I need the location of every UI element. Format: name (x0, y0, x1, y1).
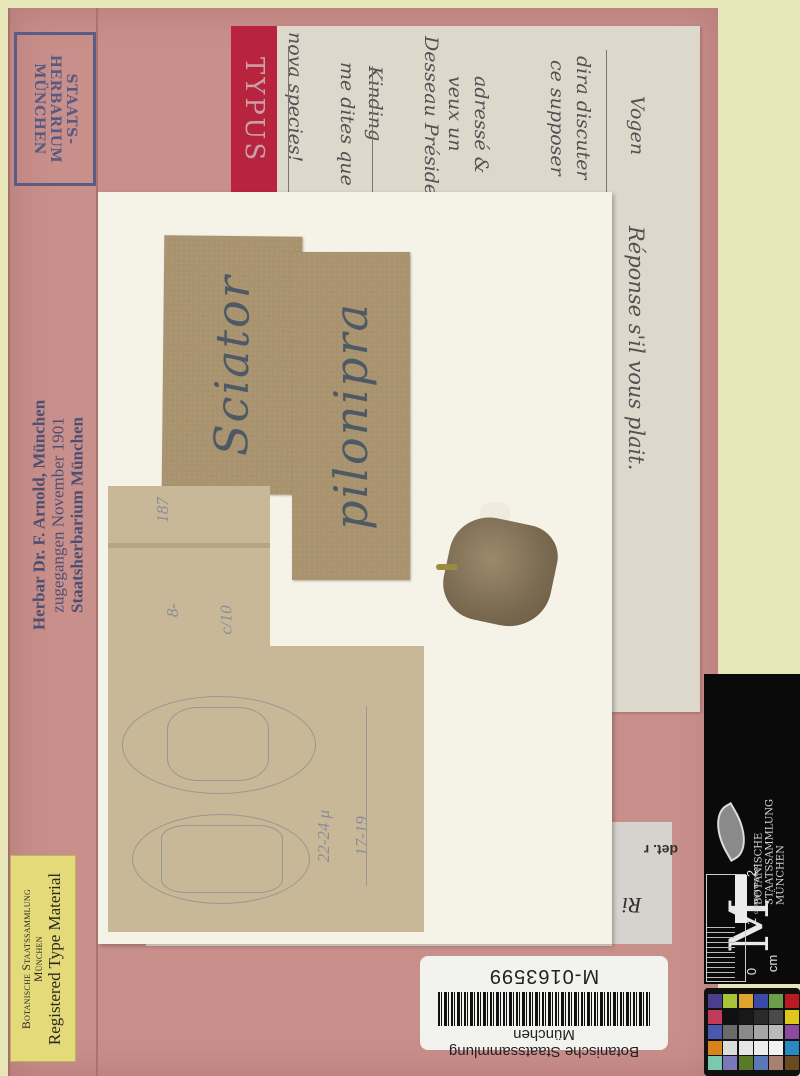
paper-fold (108, 543, 270, 548)
pencil-note-top: 187 (153, 497, 173, 523)
stamp-line-1: STAATS- (63, 55, 79, 164)
color-patch (723, 1025, 737, 1039)
ruler-mm-ticks (707, 927, 735, 981)
pencil-notes-paper-lower: 22-24 μ 17-19 (108, 646, 424, 932)
logo-line-3: MÜNCHEN (776, 799, 787, 905)
stamp-line-2: HERBARIUM (47, 55, 63, 164)
barcode-id: M-0163599 (420, 964, 668, 987)
color-patch (739, 1025, 753, 1039)
pencil-note-mid2: c/10 (217, 605, 237, 634)
logo-line-2: STAATSSAMMLUNG (765, 799, 776, 905)
cell-drawing-2 (132, 814, 310, 904)
color-patch (723, 1041, 737, 1055)
barcode-label: M-0163599 Botanische Staatssammlung Münc… (420, 956, 668, 1050)
barcode-institution: Botanische Staatssammlung München (420, 1026, 668, 1060)
registered-type-material-label: Botanische Staatssammlung München Regist… (10, 855, 76, 1062)
scale-bar-panel: M BOTANISCHE STAATSSAMMLUNG MÜNCHEN 2 1 … (704, 674, 800, 984)
cell-drawing-1 (122, 696, 316, 794)
color-patch (708, 994, 722, 1008)
herbar-provenance-label: Herbar Dr. F. Arnold, München zugegangen… (18, 370, 98, 660)
measurement-2: 17-19 (352, 816, 372, 856)
underline (606, 50, 607, 200)
type-label-line-3: Registered Type Material (45, 872, 65, 1044)
typus-label: TYPUS (231, 26, 277, 194)
det-name-fragment: Ri (622, 892, 642, 918)
type-label-line-1: Botanische Staatssammlung (21, 872, 33, 1044)
herbarium-stamp: STAATS- HERBARIUM MÜNCHEN (14, 32, 96, 186)
color-patch (785, 1010, 799, 1024)
herbar-line-3: Staatsherbarium München (68, 400, 87, 630)
color-patch (769, 1056, 783, 1070)
ruler-unit: cm (765, 955, 780, 972)
color-patch (754, 1010, 768, 1024)
cm-ruler (706, 874, 746, 982)
copyright-text: copyright reserved (754, 865, 760, 914)
color-patch (769, 994, 783, 1008)
color-patch (754, 1025, 768, 1039)
handwritten-label-1: Sciator (162, 235, 303, 494)
letter-line-5: veux un (444, 76, 466, 151)
ruler-white-segment (735, 875, 747, 923)
color-patch (769, 1041, 783, 1055)
color-patch (708, 1041, 722, 1055)
color-patch (723, 1010, 737, 1024)
letter-line-3: Kinding (364, 66, 386, 141)
typus-text: TYPUS (239, 57, 269, 163)
underline (288, 46, 289, 206)
stamp-text: STAATS- HERBARIUM MÜNCHEN (31, 55, 79, 164)
color-patch (785, 1025, 799, 1039)
cell-drawing-1-inner (167, 707, 269, 781)
color-patch (708, 1025, 722, 1039)
fraction-line (366, 706, 367, 886)
ruler-tick-0: 0 (744, 968, 759, 975)
letter-line-9: Vogen (626, 96, 648, 155)
color-patch (723, 1056, 737, 1070)
color-patch (769, 1025, 783, 1039)
measurement-1: 22-24 μ (314, 810, 334, 862)
herbar-line-2: zugegangen November 1901 (49, 400, 68, 630)
letter-line-6: adressé & (470, 76, 492, 174)
letter-line-8: dira discuter (572, 56, 594, 180)
type-label-line-2: München (33, 872, 45, 1044)
letter-line-2: me dites que (336, 62, 358, 186)
cell-drawing-2-inner (161, 825, 283, 893)
herbar-line-1: Herbar Dr. F. Arnold, München (30, 400, 49, 630)
label-2-text: pilonipra (324, 302, 378, 530)
ruler-tick-1: 1 (744, 918, 759, 925)
color-patch (754, 1041, 768, 1055)
moss-fragment (436, 564, 458, 570)
color-patch (785, 994, 799, 1008)
determination-label: det. r Ri (608, 822, 672, 944)
color-patch (708, 1010, 722, 1024)
color-patch (739, 1010, 753, 1024)
pencil-note-mid1: 8- (163, 603, 183, 617)
color-patch (785, 1056, 799, 1070)
stamp-line-3: MÜNCHEN (31, 55, 47, 164)
letter-line-4: Desseau Président (420, 36, 442, 215)
color-patch (739, 1056, 753, 1070)
color-patch (754, 994, 768, 1008)
letter-line-7: ce supposer (546, 60, 568, 176)
color-patch (739, 994, 753, 1008)
color-patch (769, 1010, 783, 1024)
color-patch (739, 1041, 753, 1055)
label-1-text: Sciator (204, 274, 260, 456)
color-patch (723, 994, 737, 1008)
letter-line-10: Réponse s'il vous plait. (624, 226, 648, 470)
underline (372, 66, 373, 196)
leaf-icon (705, 802, 757, 862)
det-text: det. r (644, 842, 678, 858)
color-patch (708, 1056, 722, 1070)
barcode-bars (438, 992, 650, 1026)
color-checker-card (704, 988, 800, 1076)
color-patch (785, 1041, 799, 1055)
color-patch (754, 1056, 768, 1070)
handwritten-label-2: pilonipra (292, 252, 410, 580)
